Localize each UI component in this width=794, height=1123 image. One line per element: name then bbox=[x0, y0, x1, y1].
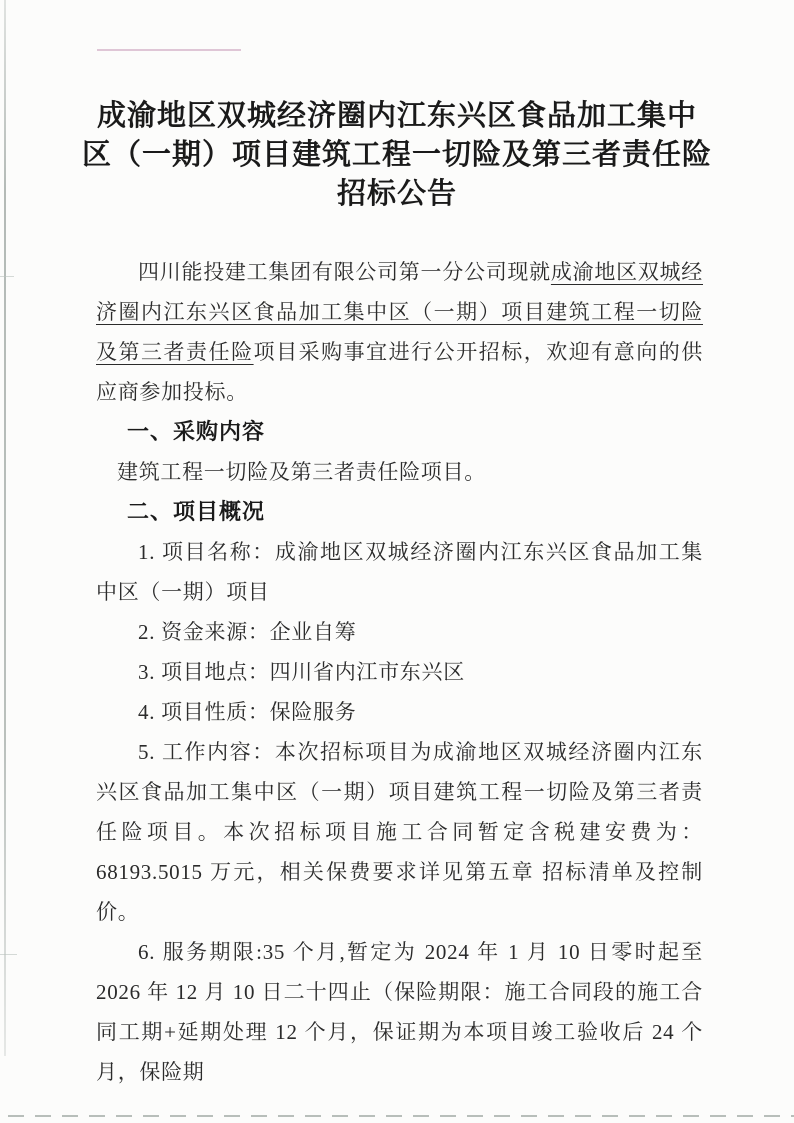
scan-tick-mark bbox=[0, 954, 17, 955]
section-heading-project-overview: 二、项目概况 bbox=[96, 492, 703, 532]
title-line-2: 区（一期）项目建筑工程一切险及第三者责任险 bbox=[0, 136, 794, 175]
title-line-1: 成渝地区双城经济圈内江东兴区食品加工集中 bbox=[0, 97, 794, 136]
scan-edge-shadow-bottom bbox=[8, 1115, 794, 1117]
scan-tick-mark bbox=[0, 276, 14, 277]
section-body-procurement-content: 建筑工程一切险及第三者责任险项目。 bbox=[96, 452, 703, 492]
document-body: 四川能投建工集团有限公司第一分公司现就成渝地区双城经济圈内江东兴区食品加工集中区… bbox=[96, 252, 703, 1092]
scan-mark-pink-line bbox=[97, 49, 241, 51]
project-item-service-period: 6. 服务期限:35 个月,暂定为 2024 年 1 月 10 日零时起至 20… bbox=[96, 932, 703, 1092]
project-item-name: 1. 项目名称：成渝地区双城经济圈内江东兴区食品加工集中区（一期）项目 bbox=[96, 532, 703, 612]
scan-edge-line-left bbox=[4, 0, 6, 1056]
section-heading-procurement-content: 一、采购内容 bbox=[96, 412, 703, 452]
intro-paragraph: 四川能投建工集团有限公司第一分公司现就成渝地区双城经济圈内江东兴区食品加工集中区… bbox=[96, 252, 703, 412]
project-item-funding-source: 2. 资金来源：企业自筹 bbox=[96, 612, 703, 652]
project-item-nature: 4. 项目性质：保险服务 bbox=[96, 692, 703, 732]
document-title: 成渝地区双城经济圈内江东兴区食品加工集中 区（一期）项目建筑工程一切险及第三者责… bbox=[0, 0, 794, 214]
title-line-3: 招标公告 bbox=[0, 175, 794, 214]
project-item-location: 3. 项目地点：四川省内江市东兴区 bbox=[96, 652, 703, 692]
scanned-document-page: 成渝地区双城经济圈内江东兴区食品加工集中 区（一期）项目建筑工程一切险及第三者责… bbox=[0, 0, 794, 1123]
intro-prefix: 四川能投建工集团有限公司第一分公司现就 bbox=[138, 260, 551, 284]
project-item-work-content: 5. 工作内容：本次招标项目为成渝地区双城经济圈内江东兴区食品加工集中区（一期）… bbox=[96, 732, 703, 932]
